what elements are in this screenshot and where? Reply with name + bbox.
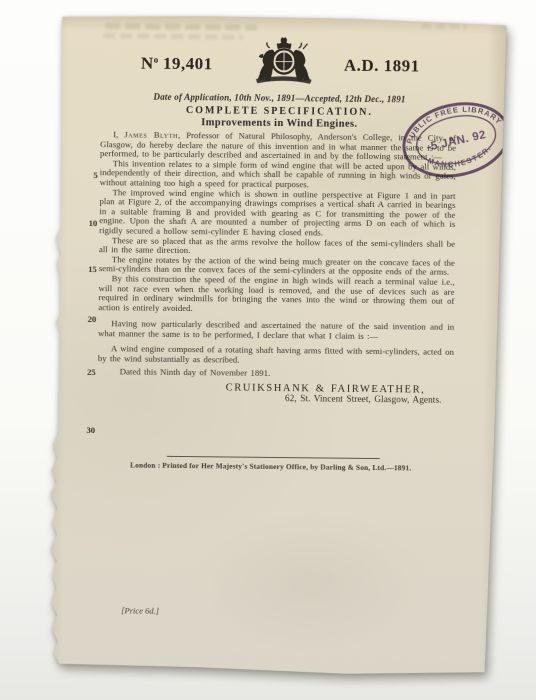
application-date-line: Date of Application, 10th Nov., 1891—Acc… <box>53 91 507 106</box>
paper-sheet: No 19,401 <box>47 14 508 677</box>
margin-line-number: 20 <box>78 314 96 324</box>
claim-paragraph: A wind engine composed of a rotating sha… <box>98 345 454 368</box>
intro-pre: I, <box>113 129 124 139</box>
stamp-date: -5 JAN. 92 <box>426 129 488 154</box>
ink-bleed-through <box>105 23 257 31</box>
price-note: [Price 6d.] <box>121 605 159 615</box>
ink-bleed-through <box>421 23 467 28</box>
body-paragraph: The improved wind engine which is shown … <box>99 188 455 240</box>
margin-line-number: 15 <box>79 264 97 274</box>
footer-rule <box>167 456 380 459</box>
patent-number-value: 19,401 <box>163 54 213 74</box>
royal-coat-of-arms-icon <box>239 36 330 86</box>
closing-paragraph: Having now particularly described and as… <box>98 319 454 342</box>
scanned-patent-page: No 19,401 <box>0 0 536 700</box>
printer-imprint: London : Printed for Her Majesty's Stati… <box>49 460 493 474</box>
paper-sheet-wrapper: No 19,401 <box>47 14 508 677</box>
patent-number-superscript: o <box>154 55 159 65</box>
body-paragraph: By this construction the speed of the en… <box>98 274 454 316</box>
library-date-stamp: PUBLIC FREE LIBRARY MANCHESTER. -5 JAN. … <box>393 91 519 189</box>
body-paragraph: This invention relates to a simple form … <box>100 159 456 192</box>
margin-line-number: 30 <box>77 425 95 435</box>
patent-number: No 19,401 <box>141 54 213 75</box>
margin-line-number: 10 <box>79 218 97 228</box>
specification-body: I, James Blyth, Professor of Natural Phi… <box>97 130 456 406</box>
margin-line-number: 25 <box>78 367 96 377</box>
patent-year: A.D. 1891 <box>344 56 420 77</box>
dated-line: Dated this Ninth day of November 1891. <box>98 367 454 380</box>
patent-number-prefix: N <box>141 54 154 73</box>
margin-line-number: 5 <box>80 170 98 180</box>
agent-signature-address: 62, St. Vincent Street, Glasgow, Agents. <box>97 393 441 406</box>
ink-bleed-through <box>103 33 243 39</box>
